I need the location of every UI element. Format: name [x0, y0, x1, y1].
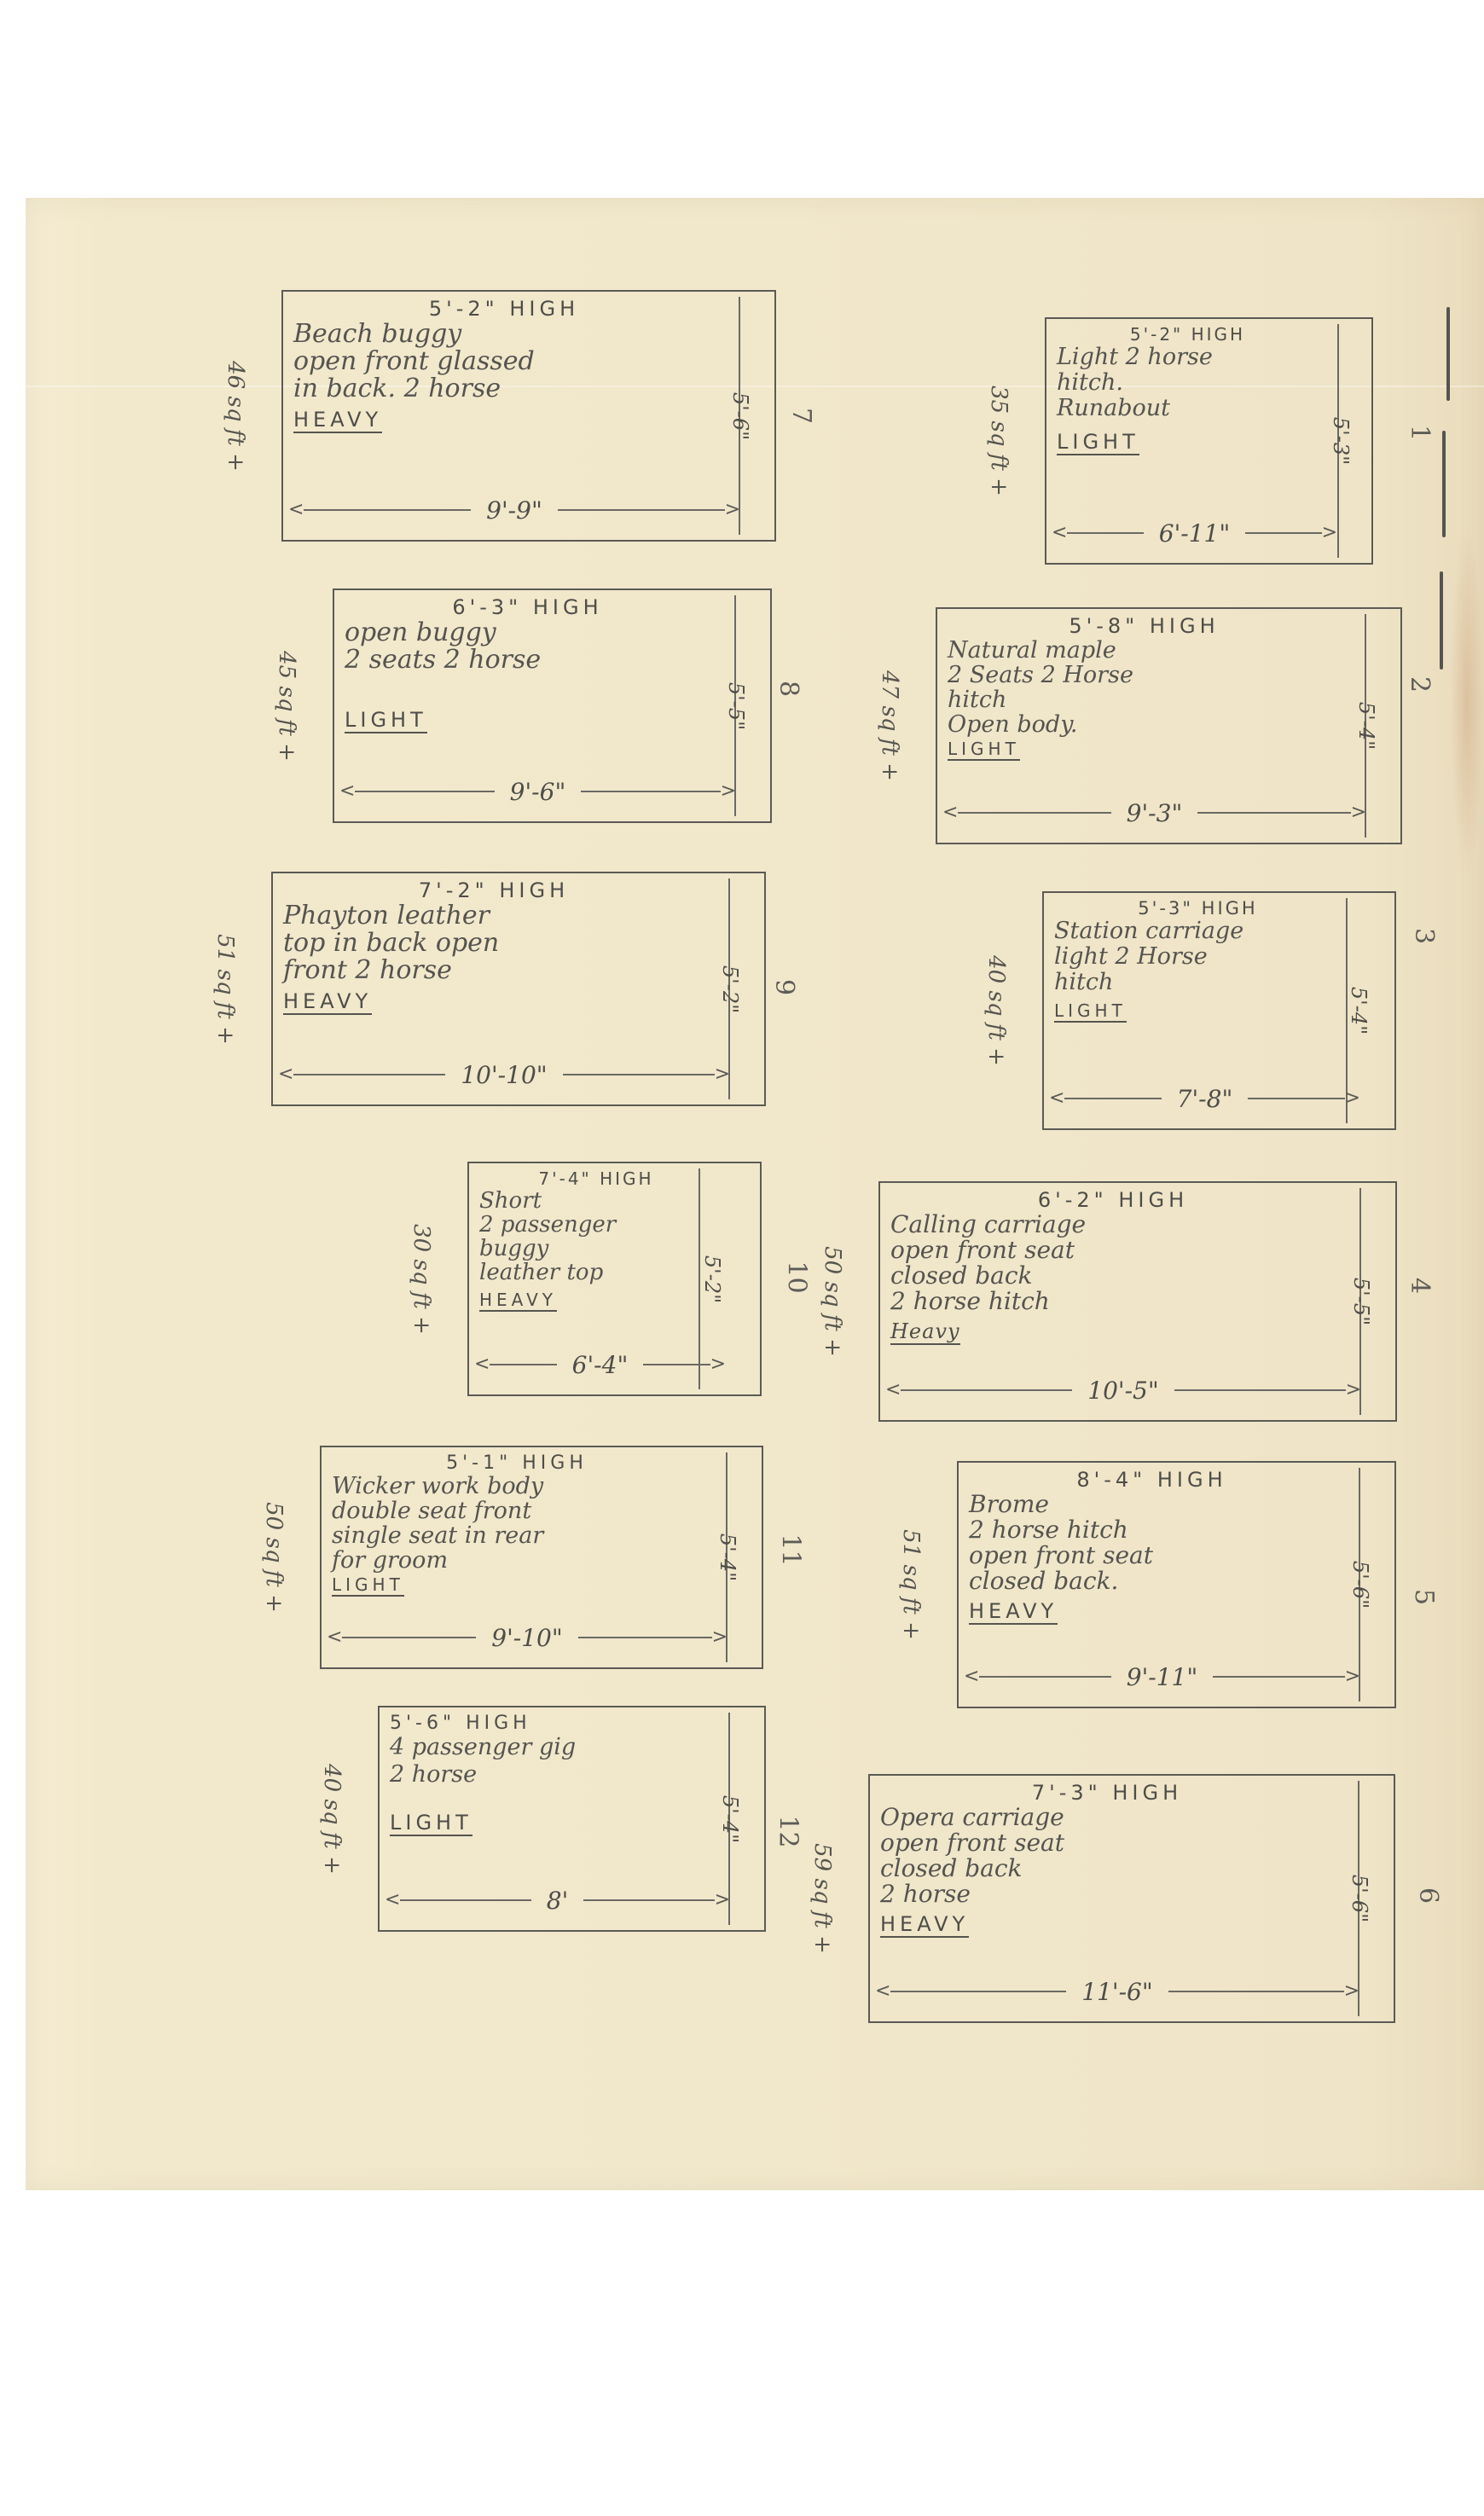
carriage-height: 5'-2" HIGH [293, 297, 715, 321]
slot-number: 6 [1413, 1887, 1443, 1904]
carriage-width: 5'-2" [700, 1255, 724, 1302]
length-dimension: < 9'-9" > [288, 499, 740, 521]
slot-number: 11 [776, 1533, 806, 1566]
carriage-height: 7'-2" HIGH [283, 878, 704, 902]
length-dimension: < 9'-10" > [327, 1626, 728, 1649]
slot-number: 10 [782, 1261, 812, 1293]
carriage-box-9: 7'-2" HIGH Phayton leather top in back o… [271, 872, 766, 1106]
length-dimension: < 9'-3" > [942, 802, 1366, 824]
carriage-box-2: 5'-8" HIGH Natural maple 2 Seats 2 Horse… [936, 607, 1402, 844]
carriage-length: 9'-3" [1111, 799, 1198, 827]
slot-number: 7 [786, 408, 816, 424]
carriage-description: open buggy 2 seats 2 horse [345, 619, 710, 674]
length-dimension: < 6'-4" > [474, 1354, 726, 1376]
carriage-length: 10'-10" [445, 1061, 562, 1089]
length-dimension: < 10'-5" > [885, 1379, 1361, 1401]
carriage-weight: HEAVY [283, 989, 372, 1015]
carriage-weight: HEAVY [880, 1912, 969, 1938]
carriage-length: 8' [531, 1887, 584, 1915]
slot-number: 12 [774, 1815, 803, 1847]
carriage-width: 5'-5" [1349, 1278, 1373, 1325]
slot-number: 4 [1405, 1278, 1435, 1294]
length-dimension: < 10'-10" > [278, 1064, 730, 1086]
slot-number: 9 [769, 979, 799, 995]
carriage-weight: LIGHT [1054, 1000, 1127, 1023]
carriage-length: 9'-10" [476, 1624, 577, 1652]
carriage-description: Natural maple 2 Seats 2 Horse hitch Open… [948, 638, 1341, 737]
carriage-height: 5'-6" HIGH [390, 1713, 704, 1734]
carriage-height: 7'-4" HIGH [479, 1168, 713, 1189]
carriage-height: 5'-1" HIGH [332, 1452, 702, 1474]
carriage-description: Brome 2 horse hitch open front seat clos… [969, 1492, 1335, 1594]
carriage-weight: LIGHT [332, 1574, 404, 1597]
arrow-left-icon: < [288, 501, 304, 519]
carriage-height: 6'-2" HIGH [890, 1188, 1336, 1212]
carriage-length: 10'-5" [1072, 1377, 1174, 1405]
carriage-box-12: 5'-6" HIGH 4 passenger gig 2 horse LIGHT… [378, 1706, 766, 1932]
carriage-description: Station carriage light 2 Horse hitch [1054, 919, 1342, 995]
carriage-height: 5'-8" HIGH [948, 614, 1341, 638]
arrow-right-icon: > [725, 501, 740, 519]
carriage-width: 5'-4" [718, 1794, 742, 1842]
carriage-weight: LIGHT [948, 739, 1020, 761]
carriage-height: 8'-4" HIGH [969, 1468, 1335, 1492]
carriage-description: Calling carriage open front seat closed … [890, 1212, 1336, 1314]
margin-bar-3 [1440, 571, 1443, 670]
carriage-weight: HEAVY [969, 1599, 1058, 1625]
carriage-width: 5'-5" [724, 681, 748, 729]
carriage-height: 7'-3" HIGH [880, 1781, 1334, 1805]
carriage-weight: Heavy [890, 1319, 960, 1345]
carriage-box-11: 5'-1" HIGH Wicker work body double seat … [320, 1446, 763, 1669]
carriage-length: 7'-8" [1162, 1085, 1249, 1113]
carriage-width: 5'-2" [718, 965, 742, 1012]
carriage-width: 5'-6" [1348, 1561, 1372, 1609]
length-dimension: < 9'-6" > [339, 780, 736, 803]
carriage-box-4: 6'-2" HIGH Calling carriage open front s… [878, 1181, 1397, 1422]
margin-bar-1 [1446, 307, 1450, 401]
carriage-description: Wicker work body double seat front singl… [332, 1474, 702, 1573]
carriage-width: 5'-6" [728, 391, 752, 439]
margin-bar-2 [1442, 431, 1446, 537]
carriage-description: Short 2 passenger buggy leather top [479, 1189, 713, 1284]
carriage-box-10: 7'-4" HIGH Short 2 passenger buggy leath… [467, 1162, 762, 1396]
carriage-width: 5'-4" [716, 1533, 739, 1581]
carriage-height: 5'-2" HIGH [1057, 324, 1319, 345]
length-dimension: < 11'-6" > [875, 1980, 1359, 2003]
carriage-width: 5'-4" [1347, 987, 1371, 1035]
carriage-height: 6'-3" HIGH [345, 595, 710, 619]
carriage-width: 5'-4" [1354, 702, 1378, 750]
carriage-width: 5'-6" [1348, 1875, 1371, 1922]
carriage-box-8: 6'-3" HIGH open buggy 2 seats 2 horse LI… [333, 588, 772, 823]
carriage-description: 4 passenger gig 2 horse [390, 1734, 704, 1788]
edge-stain [1450, 522, 1484, 880]
carriage-description: Phayton leather top in back open front 2… [283, 902, 704, 984]
carriage-length: 9'-9" [471, 496, 558, 525]
carriage-description: Beach buggy open front glassed in back. … [293, 321, 715, 403]
slot-number: 5 [1409, 1589, 1439, 1605]
slot-number: 8 [774, 681, 803, 697]
carriage-weight: LIGHT [345, 708, 427, 733]
length-dimension: < 6'-11" > [1052, 522, 1337, 544]
carriage-length: 6'-11" [1144, 519, 1245, 548]
slot-number: 2 [1405, 676, 1435, 693]
carriage-length: 9'-11" [1111, 1663, 1213, 1691]
slot-number: 3 [1409, 928, 1439, 944]
carriage-weight: HEAVY [479, 1290, 557, 1312]
carriage-box-5: 8'-4" HIGH Brome 2 horse hitch open fron… [957, 1461, 1396, 1708]
carriage-length: 11'-6" [1066, 1978, 1168, 2006]
carriage-weight: HEAVY [293, 408, 382, 433]
length-dimension: < 7'-8" > [1049, 1087, 1360, 1110]
slot-number: 1 [1405, 425, 1435, 441]
carriage-box-6: 7'-3" HIGH Opera carriage open front sea… [868, 1774, 1395, 2023]
carriage-height: 5'-3" HIGH [1054, 898, 1342, 919]
carriage-weight: LIGHT [1057, 430, 1139, 455]
carriage-box-1: 5'-2" HIGH Light 2 horse hitch. Runabout… [1045, 317, 1373, 565]
carriage-box-7: 5'-2" HIGH Beach buggy open front glasse… [281, 290, 776, 542]
carriage-description: Light 2 horse hitch. Runabout [1057, 345, 1319, 421]
carriage-length: 9'-6" [495, 778, 582, 806]
length-dimension: < 9'-11" > [964, 1666, 1360, 1688]
carriage-length: 6'-4" [557, 1351, 644, 1379]
carriage-description: Opera carriage open front seat closed ba… [880, 1805, 1334, 1907]
carriage-weight: LIGHT [390, 1811, 472, 1836]
length-dimension: < 8' > [385, 1889, 730, 1911]
carriage-width: 5'-3" [1329, 417, 1353, 465]
carriage-box-3: 5'-3" HIGH Station carriage light 2 Hors… [1042, 891, 1396, 1130]
